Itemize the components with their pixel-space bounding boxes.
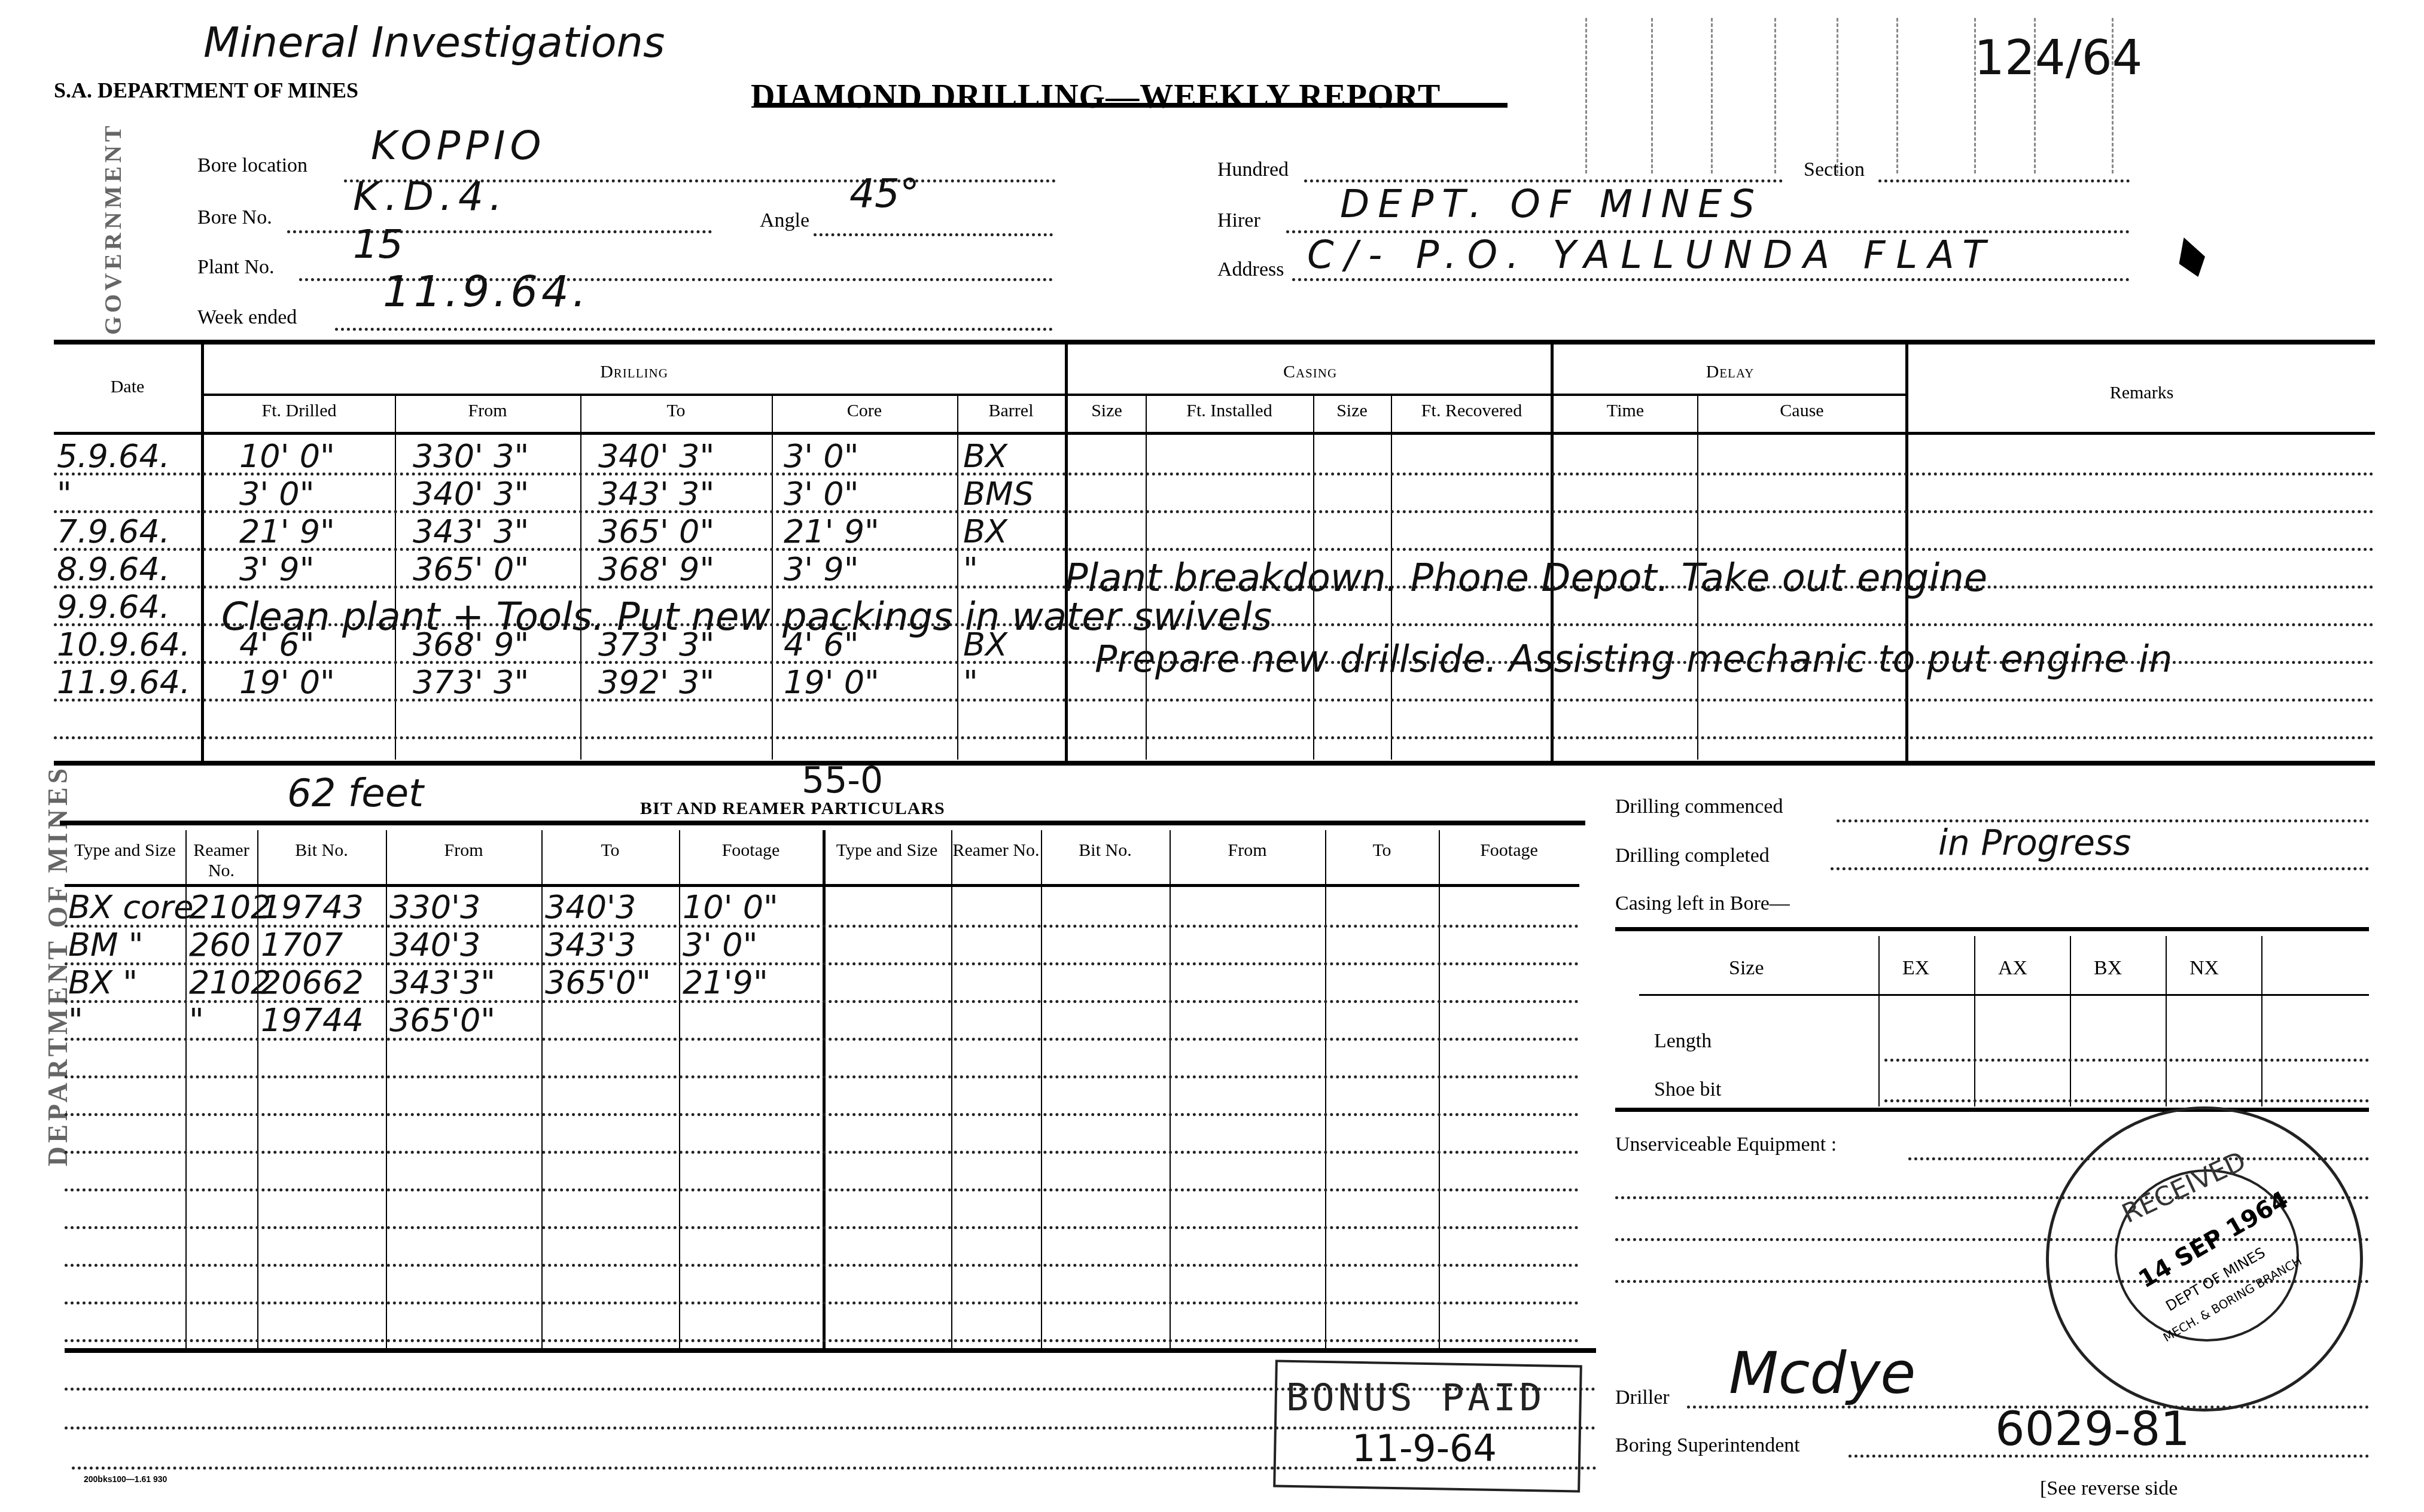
bit-table-bottom-rule <box>65 1348 1596 1353</box>
drill-cell-from[interactable]: 343' 3" <box>413 513 529 550</box>
casing-col-line <box>1878 936 1880 1106</box>
casing-col-line <box>2261 936 2262 1106</box>
col-header-casing-size: Size <box>1068 401 1146 421</box>
bit-col-line <box>386 830 387 1348</box>
shoe-bit-label: Shoe bit <box>1654 1078 1721 1101</box>
bit-col-header: Footage <box>1439 840 1579 861</box>
bit-col-line <box>1170 830 1171 1348</box>
col-header-to: To <box>580 401 772 421</box>
driller-label: Driller <box>1615 1386 1670 1409</box>
col-header-ft-installed: Ft. Installed <box>1146 401 1313 421</box>
bonus-paid-date: 11-9-64 <box>1352 1426 1497 1470</box>
bit-col-header: Reamer No. <box>185 840 257 881</box>
bit-cell-from[interactable]: 365'0" <box>389 1001 495 1039</box>
drill-cell-date[interactable]: 11.9.64. <box>57 663 190 701</box>
hirer-value[interactable]: DEPT. OF MINES <box>1340 182 1763 227</box>
bit-col-header: Type and Size <box>65 840 185 861</box>
col-header-ft-recovered: Ft. Recovered <box>1391 401 1552 421</box>
row-separator <box>54 736 2375 739</box>
col-header-ft-drilled: Ft. Drilled <box>203 401 395 421</box>
bit-cell-footage[interactable]: 3' 0" <box>683 926 758 964</box>
bit-cell-bit[interactable]: 1707 <box>261 926 343 964</box>
group-header-remarks: Remarks <box>1908 383 2375 403</box>
week-ended-label: Week ended <box>197 306 297 329</box>
report-title: DIAMOND DRILLING—WEEKLY REPORT <box>751 78 1441 116</box>
drill-cell-barrel[interactable]: BX <box>963 513 1007 550</box>
header-divider <box>1974 18 1976 173</box>
title-underline <box>754 103 1508 108</box>
casing-length-label: Length <box>1654 1030 1712 1053</box>
driller-signature: Mcdye <box>1729 1340 1916 1407</box>
col-header-size2: Size <box>1313 401 1391 421</box>
row-separator <box>54 548 2375 551</box>
col-header-from: From <box>395 401 580 421</box>
bit-row-separator <box>65 1264 1579 1267</box>
drill-cell-core[interactable]: 3' 0" <box>784 475 859 513</box>
section-label: Section <box>1804 158 1865 181</box>
drill-cell-to[interactable]: 392' 3" <box>598 663 714 701</box>
drilling-completed-line <box>1831 867 2369 870</box>
side-text-government: GOVERNMENT <box>99 108 127 335</box>
bit-col-header: From <box>386 840 541 861</box>
bore-no-line <box>287 230 712 233</box>
angle-value[interactable]: 45° <box>849 170 919 217</box>
casing-length-line <box>1884 1059 2369 1062</box>
bit-col-line <box>1439 830 1440 1348</box>
drill-cell-barrel[interactable]: BMS <box>963 475 1034 513</box>
group-header-delay: Delay <box>1554 362 1907 382</box>
unserviceable-label: Unserviceable Equipment : <box>1615 1133 1837 1156</box>
bit-col-line <box>541 830 543 1348</box>
header-divider <box>1651 18 1653 173</box>
bit-table-title: BIT AND REAMER PARTICULARS <box>640 798 945 819</box>
casing-size-nx: NX <box>2189 957 2219 980</box>
drill-cell-barrel[interactable]: BX <box>963 437 1007 475</box>
address-label: Address <box>1217 258 1284 281</box>
bit-cell-from[interactable]: 340'3 <box>389 926 480 964</box>
drill-cell-date[interactable]: 8.9.64. <box>57 550 170 588</box>
drill-cell-from[interactable]: 340' 3" <box>413 475 529 513</box>
drill-cell-ft-drilled[interactable]: 3' 9" <box>239 550 315 588</box>
drill-cell-date[interactable]: " <box>57 475 72 513</box>
handwritten-note: Mineral Investigations <box>203 18 665 67</box>
remark-row-4[interactable]: Plant breakdown. Phone Depot. Take out e… <box>1065 556 1987 600</box>
total-55: 55-0 <box>802 760 883 801</box>
casing-col-line <box>2166 936 2167 1106</box>
week-ended-line <box>335 328 1053 331</box>
drilling-commenced-label: Drilling commenced <box>1615 795 1783 818</box>
table-bottom-rule <box>54 761 2375 766</box>
feet-total: 62 feet <box>287 772 424 816</box>
casing-size-ex: EX <box>1902 957 1929 980</box>
bit-row-separator <box>65 1188 1579 1191</box>
bore-no-value[interactable]: K.D.4. <box>353 173 508 220</box>
header-divider <box>1896 18 1898 173</box>
drill-cell-date[interactable]: 10.9.64. <box>57 626 190 663</box>
col-line <box>580 395 581 760</box>
group-header-casing: Casing <box>1068 362 1552 382</box>
casing-box-top <box>1615 927 2369 931</box>
bit-cell-type[interactable]: " <box>68 1001 83 1039</box>
drill-cell-to[interactable]: 365' 0" <box>598 513 714 550</box>
drill-cell-core[interactable]: 3' 0" <box>784 437 859 475</box>
drill-cell-core[interactable]: 21' 9" <box>784 513 879 550</box>
bit-col-header: Reamer No. <box>951 840 1041 861</box>
bit-row-separator <box>65 1151 1579 1154</box>
bit-cell-bit[interactable]: 19743 <box>261 888 364 926</box>
section-line <box>1878 179 2130 182</box>
bit-cell-type[interactable]: BX core <box>68 888 193 926</box>
bit-header-bottom-rule <box>65 884 1579 887</box>
bit-row-separator <box>65 1113 1579 1116</box>
see-reverse-side: [See reverse side <box>2040 1477 2178 1500</box>
col-header-cause: Cause <box>1697 401 1907 421</box>
department-name: S.A. DEPARTMENT OF MINES <box>54 78 358 103</box>
col-line <box>772 395 773 760</box>
bit-cell-from[interactable]: 343'3" <box>389 964 495 1001</box>
drill-cell-from[interactable]: 330' 3" <box>413 437 529 475</box>
bit-row-separator <box>65 1301 1579 1304</box>
bit-col-line <box>951 830 952 1348</box>
angle-label: Angle <box>760 209 809 232</box>
header-divider <box>1585 18 1587 173</box>
bit-col-header: To <box>1325 840 1439 861</box>
bit-cell-to[interactable]: 343'3 <box>545 926 636 964</box>
bore-location-label: Bore location <box>197 154 307 177</box>
bit-col-line <box>1041 830 1042 1348</box>
drill-cell-from[interactable]: 365' 0" <box>413 550 529 588</box>
drill-cell-barrel[interactable]: " <box>963 550 978 588</box>
plant-no-label: Plant No. <box>197 256 274 279</box>
bit-cell-from[interactable]: 330'3 <box>389 888 480 926</box>
header-bottom-rule <box>54 432 2375 435</box>
header-divider <box>2034 18 2036 173</box>
bit-col-header: From <box>1170 840 1325 861</box>
casing-col-line <box>2070 936 2071 1106</box>
drill-cell-core[interactable]: 3' 9" <box>784 550 859 588</box>
col-header-barrel: Barrel <box>957 401 1065 421</box>
bit-cell-to[interactable]: 340'3 <box>545 888 636 926</box>
plant-no-value[interactable]: 15 <box>353 221 403 267</box>
hirer-label: Hirer <box>1217 209 1260 232</box>
drill-cell-core[interactable]: 19' 0" <box>784 663 879 701</box>
row-separator <box>54 472 2375 475</box>
drilling-completed-label: Drilling completed <box>1615 845 1770 867</box>
bit-cell-type[interactable]: BX " <box>68 964 138 1001</box>
casing-size-bx: BX <box>2094 957 2122 980</box>
bit-col-line <box>823 830 826 1348</box>
file-reference: 124/64 <box>1974 30 2142 86</box>
bit-row-separator <box>65 1339 1579 1342</box>
drill-cell-date[interactable]: 7.9.64. <box>57 513 170 550</box>
bit-col-line <box>1325 830 1326 1348</box>
bit-cell-to[interactable]: 365'0" <box>545 964 651 1001</box>
bit-col-line <box>679 830 680 1348</box>
row-separator <box>54 510 2375 513</box>
drill-cell-date[interactable]: 5.9.64. <box>57 437 170 475</box>
bit-row-separator <box>65 1226 1579 1229</box>
casing-size-rule <box>1639 994 2369 996</box>
shoe-bit-line <box>1884 1099 2369 1102</box>
col-header-time: Time <box>1554 401 1697 421</box>
col-header-date: Date <box>54 377 201 397</box>
group-header-drilling: Drilling <box>203 362 1065 382</box>
week-ended-value[interactable]: 11.9.64. <box>383 266 590 316</box>
reference-number: 6029-81 <box>1995 1403 2190 1456</box>
bit-col-header: Footage <box>679 840 823 861</box>
torn-mark <box>2171 233 2210 281</box>
bit-col-header: Type and Size <box>823 840 951 861</box>
table-top-rule <box>54 340 2375 345</box>
bit-cell-footage[interactable]: 10' 0" <box>683 888 778 926</box>
col-line <box>957 395 958 760</box>
col-header-core: Core <box>772 401 957 421</box>
casing-box-bottom <box>1615 1108 2369 1112</box>
address-line <box>1292 278 2130 281</box>
drill-cell-ft-drilled[interactable]: 3' 0" <box>239 475 315 513</box>
drill-cell-to[interactable]: 343' 3" <box>598 475 714 513</box>
bore-location-value[interactable]: KOPPIO <box>371 123 546 169</box>
bonus-paid-text: BONUS PAID <box>1286 1376 1545 1419</box>
drill-cell-ft-drilled[interactable]: 19' 0" <box>239 663 335 701</box>
drilling-completed-value[interactable]: in Progress <box>1938 822 2131 863</box>
header-divider <box>1774 18 1776 173</box>
casing-size-label: Size <box>1729 957 1764 980</box>
bore-no-label: Bore No. <box>197 206 272 229</box>
bit-header-rule <box>60 821 1585 825</box>
bit-cell-bit[interactable]: 20662 <box>261 964 364 1001</box>
bit-cell-bit[interactable]: 19744 <box>261 1001 364 1039</box>
bit-cell-reamer[interactable]: 260 <box>189 926 251 964</box>
casing-left-label: Casing left in Bore— <box>1615 892 1790 915</box>
drill-cell-ft-drilled[interactable]: 10' 0" <box>239 437 335 475</box>
bit-cell-reamer[interactable]: 2102 <box>189 888 271 926</box>
bit-col-header: Bit No. <box>1041 840 1170 861</box>
bit-row-separator <box>65 1075 1579 1078</box>
col-line <box>395 395 396 760</box>
bit-cell-type[interactable]: BM " <box>68 926 144 964</box>
drill-cell-ft-drilled[interactable]: 21' 9" <box>239 513 335 550</box>
header-divider <box>1711 18 1713 173</box>
bit-cell-reamer[interactable]: " <box>189 1001 204 1039</box>
drill-cell-date[interactable]: 9.9.64. <box>57 588 170 626</box>
header-divider <box>2112 18 2114 173</box>
remark-row-6[interactable]: Prepare new drillside. Assisting mechani… <box>1095 637 2173 681</box>
subheader-rule <box>203 394 1908 396</box>
row-separator <box>54 699 2375 702</box>
bit-cell-reamer[interactable]: 2102 <box>189 964 271 1001</box>
address-value[interactable]: C/- P.O. YALLUNDA FLAT <box>1307 233 1996 278</box>
boring-superintendent-label: Boring Superintendent <box>1615 1434 1800 1457</box>
drill-cell-from[interactable]: 373' 3" <box>413 663 529 701</box>
casing-size-ax: AX <box>1998 957 2027 980</box>
casing-col-line <box>1974 936 1975 1106</box>
angle-line <box>814 233 1053 236</box>
drill-cell-barrel[interactable]: " <box>963 663 978 701</box>
header-divider <box>1837 18 1838 173</box>
bit-cell-footage[interactable]: 21'9" <box>683 964 768 1001</box>
print-code: 200bks100—1.61 930 <box>84 1474 167 1484</box>
drill-cell-to[interactable]: 368' 9" <box>598 550 714 588</box>
hundred-label: Hundred <box>1217 158 1289 181</box>
bit-col-header: Bit No. <box>257 840 386 861</box>
bit-col-header: To <box>541 840 679 861</box>
remark-row-5[interactable]: Clean plant + Tools. Put new packings in… <box>221 595 1272 639</box>
drill-cell-to[interactable]: 340' 3" <box>598 437 714 475</box>
